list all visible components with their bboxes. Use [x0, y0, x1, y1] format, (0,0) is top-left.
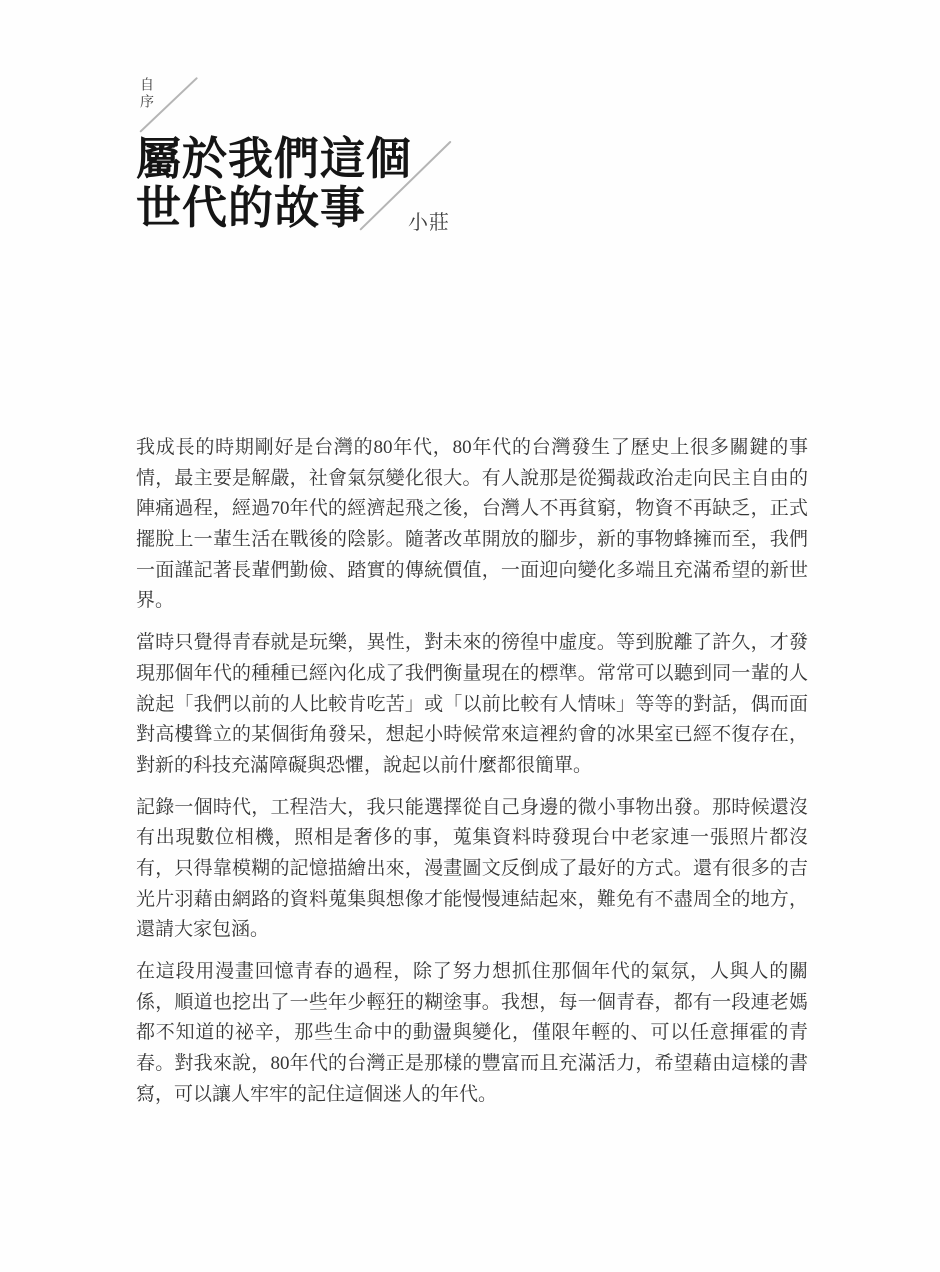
text-line: 光片羽藉由網路的資料蒐集與想像才能慢慢連結起來，難免有不盡周全的地方，	[136, 885, 808, 916]
text-line: 我成長的時期剛好是台灣的80年代，80年代的台灣發生了歷史上很多關鍵的事	[136, 433, 808, 464]
text-line: 都不知道的祕辛，那些生命中的動盪與變化，僅限年輕的、可以任意揮霍的青	[136, 1018, 808, 1049]
text-line: 春。對我來說，80年代的台灣正是那樣的豐富而且充滿活力，希望藉由這樣的書	[136, 1049, 808, 1080]
text-line: 有出現數位相機，照相是奢侈的事，蒐集資料時發現台中老家連一張照片都沒	[136, 823, 808, 854]
text-line: 記錄一個時代，工程浩大，我只能選擇從自己身邊的微小事物出發。那時候還沒	[136, 793, 808, 824]
book-page: 自序 屬於我們這個 世代的故事 小莊 我成長的時期剛好是台灣的80年代，80年代…	[0, 0, 940, 1272]
body-text: 我成長的時期剛好是台灣的80年代，80年代的台灣發生了歷史上很多關鍵的事情，最主…	[136, 433, 808, 1121]
paragraph: 在這段用漫畫回憶青春的過程，除了努力想抓住那個年代的氣氛，人與人的關係，順道也挖…	[136, 957, 808, 1110]
section-label: 自序	[138, 77, 153, 111]
text-line: 擺脫上一輩生活在戰後的陰影。隨著改革開放的腳步，新的事物蜂擁而至，我們	[136, 525, 808, 556]
text-line: 對新的科技充滿障礙與恐懼，說起以前什麼都很簡單。	[136, 751, 808, 782]
text-line: 還請大家包涵。	[136, 915, 808, 946]
paragraph: 當時只覺得青春就是玩樂，異性，對未來的徬徨中虛度。等到脫離了許久，才發現那個年代…	[136, 628, 808, 781]
text-line: 一面謹記著長輩們勤儉、踏實的傳統價值，一面迎向變化多端且充滿希望的新世	[136, 556, 808, 587]
text-line: 情，最主要是解嚴，社會氣氛變化很大。有人說那是從獨裁政治走向民主自由的	[136, 464, 808, 495]
text-line: 陣痛過程，經過70年代的經濟起飛之後，台灣人不再貧窮，物資不再缺乏，正式	[136, 494, 808, 525]
text-line: 對高樓聳立的某個街角發呆，想起小時候常來這裡約會的冰果室已經不復存在，	[136, 720, 808, 751]
paragraph: 記錄一個時代，工程浩大，我只能選擇從自己身邊的微小事物出發。那時候還沒有出現數位…	[136, 793, 808, 946]
title-line-1: 屬於我們這個	[136, 134, 412, 183]
text-line: 界。	[136, 586, 808, 617]
text-line: 有，只得靠模糊的記憶描繪出來，漫畫圖文反倒成了最好的方式。還有很多的吉	[136, 854, 808, 885]
text-line: 係，順道也挖出了一些年少輕狂的糊塗事。我想，每一個青春，都有一段連老媽	[136, 988, 808, 1019]
text-line: 當時只覺得青春就是玩樂，異性，對未來的徬徨中虛度。等到脫離了許久，才發	[136, 628, 808, 659]
author-name: 小莊	[408, 206, 450, 235]
text-line: 說起「我們以前的人比較肯吃苦」或「以前比較有人情味」等等的對話，偶而面	[136, 690, 808, 721]
text-line: 現那個年代的種種已經內化成了我們衡量現在的標準。常常可以聽到同一輩的人	[136, 659, 808, 690]
text-line: 寫，可以讓人牢牢的記住這個迷人的年代。	[136, 1080, 808, 1111]
text-line: 在這段用漫畫回憶青春的過程，除了努力想抓住那個年代的氣氛，人與人的關	[136, 957, 808, 988]
title-line-2: 世代的故事	[136, 183, 412, 232]
paragraph: 我成長的時期剛好是台灣的80年代，80年代的台灣發生了歷史上很多關鍵的事情，最主…	[136, 433, 808, 617]
